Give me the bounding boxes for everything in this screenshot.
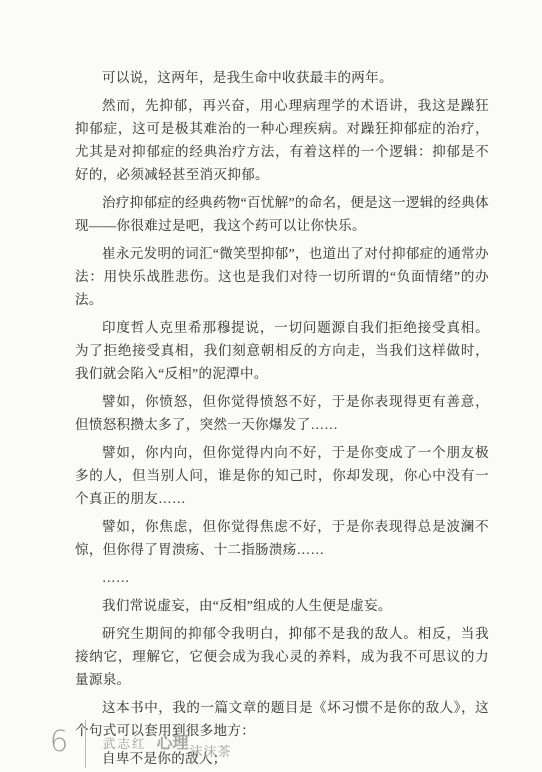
paragraph: 研究生期间的抑郁令我明白，抑郁不是我的敌人。相反，当我接纳它，理解它，它便会成为… [75, 622, 489, 691]
paragraph-ellipsis: …… [75, 566, 489, 589]
book-page: 可以说，这两年，是我生命中收获最丰的两年。 然而，先抑郁，再兴奋，用心理病理学的… [0, 0, 542, 772]
paragraph: 印度哲人克里希那穆提说，一切问题源自我们拒绝接受真相。为了拒绝接受真相，我们刻意… [75, 316, 489, 385]
footer-logo-title: 心理 [157, 735, 189, 752]
paragraph: 治疗抑郁症的经典药物“百忧解”的命名，便是这一逻辑的经典体现——你很难过是吧，我… [75, 191, 489, 237]
paragraph: 譬如，你内向，但你觉得内向不好，于是你变成了一个朋友极多的人，但当别人问，谁是你… [75, 441, 489, 510]
paragraph: 譬如，你愤怒，但你觉得愤怒不好，于是你表现得更有善意，但愤怒积攒太多了，突然一天… [75, 390, 489, 436]
page-number: 6 [42, 724, 76, 758]
footer-logo-author: 武志红 [103, 737, 147, 751]
paragraph: 譬如，你焦虑，但你觉得焦虑不好，于是你表现得总是波澜不惊，但你得了胃溃疡、十二指… [75, 515, 489, 561]
paragraph: 然而，先抑郁，再兴奋，用心理病理学的术语讲，我这是躁狂抑郁症，这可是极其难治的一… [75, 94, 489, 186]
footer-logo-subtitle: 沫沫茶 [190, 744, 232, 759]
paragraph: 可以说，这两年，是我生命中收获最丰的两年。 [75, 66, 489, 89]
paragraph: 我们常说虚妄，由“反相”组成的人生便是虚妄。 [75, 594, 489, 617]
page-footer: 6 武志红心理沫沫茶 [0, 716, 542, 772]
footer-divider [85, 720, 86, 768]
footer-logo: 武志红心理沫沫茶 [103, 730, 231, 753]
paragraph: 崔永元发明的词汇“微笑型抑郁”，也道出了对付抑郁症的通常办法：用快乐战胜悲伤。这… [75, 242, 489, 311]
page-body-text: 可以说，这两年，是我生命中收获最丰的两年。 然而，先抑郁，再兴奋，用心理病理学的… [75, 66, 489, 772]
